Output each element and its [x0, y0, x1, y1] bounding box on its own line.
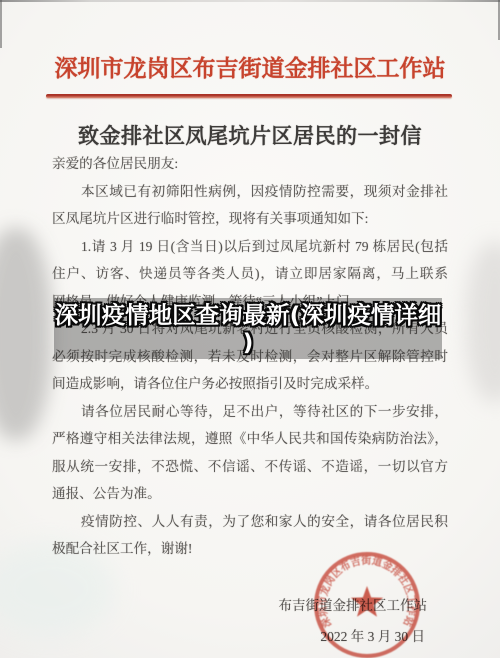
body-line: 服从统一安排，不恐慌、不信谣、不传谣、不造谣，一切以官方 — [52, 453, 448, 481]
body-line: 区凤尾坑片区进行临时管控，现将有关事项通知如下: — [52, 205, 448, 233]
photo-top-edge — [0, 0, 500, 2]
body-line: 住户、访客、快递员等各类人员)，请立即居家隔离，马上联系 — [52, 260, 448, 288]
body-line: 严格遵守相关法律法规，遵照《中华人民共和国传染病防治法》， — [52, 425, 448, 453]
greeting-line: 亲爱的各位居民朋友: — [52, 150, 448, 178]
body-line: 间造成影响，请各位住户务必按照指引及时完成采样。 — [52, 370, 448, 398]
body-line: 1.请 3 月 19 日(含当日)以后到过凤尾坑新村 79 栋居民(包括 — [52, 233, 448, 261]
official-seal-stamp: 深圳市龙岗区布吉街道金排社区工作站 — [311, 549, 423, 658]
body-lines: 本区域已有初筛阳性病例，因疫情防控需要，现须对金排社区凤尾坑片区进行临时管控，现… — [52, 178, 448, 563]
notice-photo: 深圳市龙岗区布吉街道金排社区工作站 致金排社区凤尾坑片区居民的一封信 亲爱的各位… — [0, 0, 500, 658]
photo-left-blur — [0, 228, 52, 440]
star-icon — [351, 586, 383, 617]
caption-line-2: ) — [243, 329, 254, 356]
org-banner-title: 深圳市龙岗区布吉街道金排社区工作站 — [30, 50, 470, 83]
caption-line-1: 深圳疫情地区查询最新(深圳疫情详细 — [55, 302, 442, 329]
body-line: 本区域已有初筛阳性病例，因疫情防控需要，现须对金排社 — [52, 178, 448, 206]
body-line: 通报、公告为准。 — [52, 480, 448, 508]
caption-overlay: 深圳疫情地区查询最新(深圳疫情详细 ) — [54, 298, 442, 359]
body-line: 请各位居民耐心等待，足不出户，等待社区的下一步安排， — [52, 398, 448, 426]
header-divider — [46, 94, 452, 98]
body-line: 疫情防控、人人有责，为了您和家人的安全，请各位居民积 — [52, 508, 448, 536]
letter-title: 致金排社区凤尾坑片区居民的一封信 — [0, 120, 500, 150]
photo-right-blur — [466, 242, 500, 402]
photo-left-edge — [0, 0, 2, 48]
